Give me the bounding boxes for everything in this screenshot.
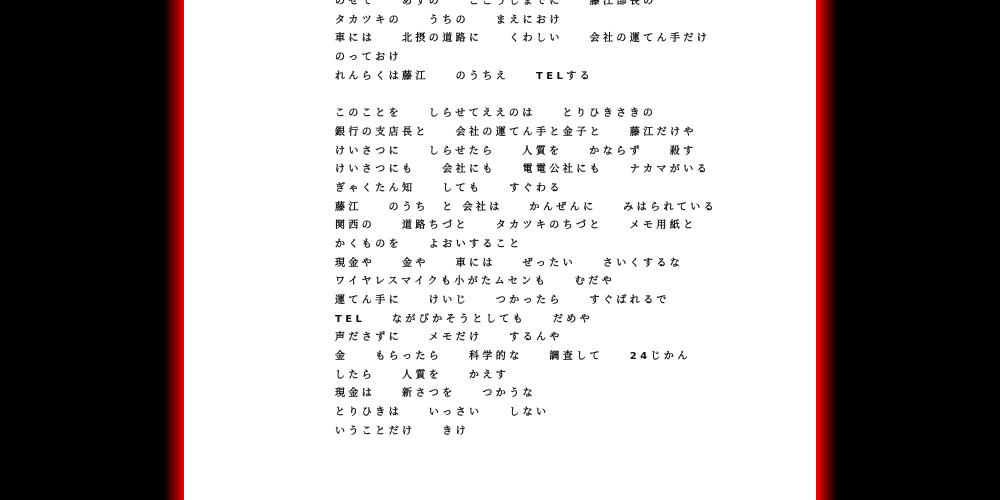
text-line: 銀行の支店長と 会社の運てん手と金子と 藤江だけや: [335, 124, 717, 143]
text-line: のせて あすの ごごうじまでに 藤江部長の: [335, 0, 717, 12]
text-line: このことを しらせてええのは とりひきさきの: [335, 105, 717, 124]
paragraph-gap: [335, 86, 717, 105]
text-line: とりひきは いっさい しない: [335, 404, 717, 423]
background-frame: のせて あすの ごごうじまでに 藤江部長の タカツキの うちの まえにおけ 車に…: [0, 0, 1000, 500]
left-red-glow: [164, 0, 185, 500]
text-line: ぎゃくたん知 しても すぐわる: [335, 180, 717, 199]
text-line: ワイヤレスマイクも小がたムセンも むだや: [335, 273, 717, 292]
text-line: 車には 北摂の道路に くわしい 会社の運てん手だけ: [335, 30, 717, 49]
text-line: けいさつに しらせたら 人質を かならず 殺す: [335, 143, 717, 162]
text-line: 藤江 のうち と 会社は かんぜんに みはられている: [335, 199, 717, 218]
text-line: 運てん手に けいじ つかったら すぐばれるで: [335, 292, 717, 311]
text-line: けいさつにも 会社にも 電電公社にも ナカマがいる: [335, 161, 717, 180]
letter-page: のせて あすの ごごうじまでに 藤江部長の タカツキの うちの まえにおけ 車に…: [184, 0, 816, 500]
text-line: 金 もらったら 科学的な 調査して 24じかん: [335, 348, 717, 367]
text-line: のっておけ: [335, 49, 717, 68]
text-line: 声ださずに メモだけ するんや: [335, 329, 717, 348]
right-red-glow: [816, 0, 837, 500]
text-line: TEL ながびかそうとしても だめや: [335, 311, 717, 330]
text-line: 現金や 金や 車には ぜったい さいくするな: [335, 255, 717, 274]
text-line: 現金は 新さつを つかうな: [335, 385, 717, 404]
text-line: れんらくは藤江 のうちえ TELする: [335, 68, 717, 87]
letter-text: のせて あすの ごごうじまでに 藤江部長の タカツキの うちの まえにおけ 車に…: [335, 0, 717, 442]
text-line: 関西の 道路ちづと タカツキのちづと メモ用紙と: [335, 217, 717, 236]
text-line: いうことだけ きけ: [335, 423, 717, 442]
paragraph-1: のせて あすの ごごうじまでに 藤江部長の タカツキの うちの まえにおけ 車に…: [335, 0, 717, 86]
text-line: かくものを よおいすること: [335, 236, 717, 255]
text-line: したら 人質を かえす: [335, 367, 717, 386]
text-line: タカツキの うちの まえにおけ: [335, 12, 717, 31]
paragraph-2: このことを しらせてええのは とりひきさきの 銀行の支店長と 会社の運てん手と金…: [335, 105, 717, 441]
